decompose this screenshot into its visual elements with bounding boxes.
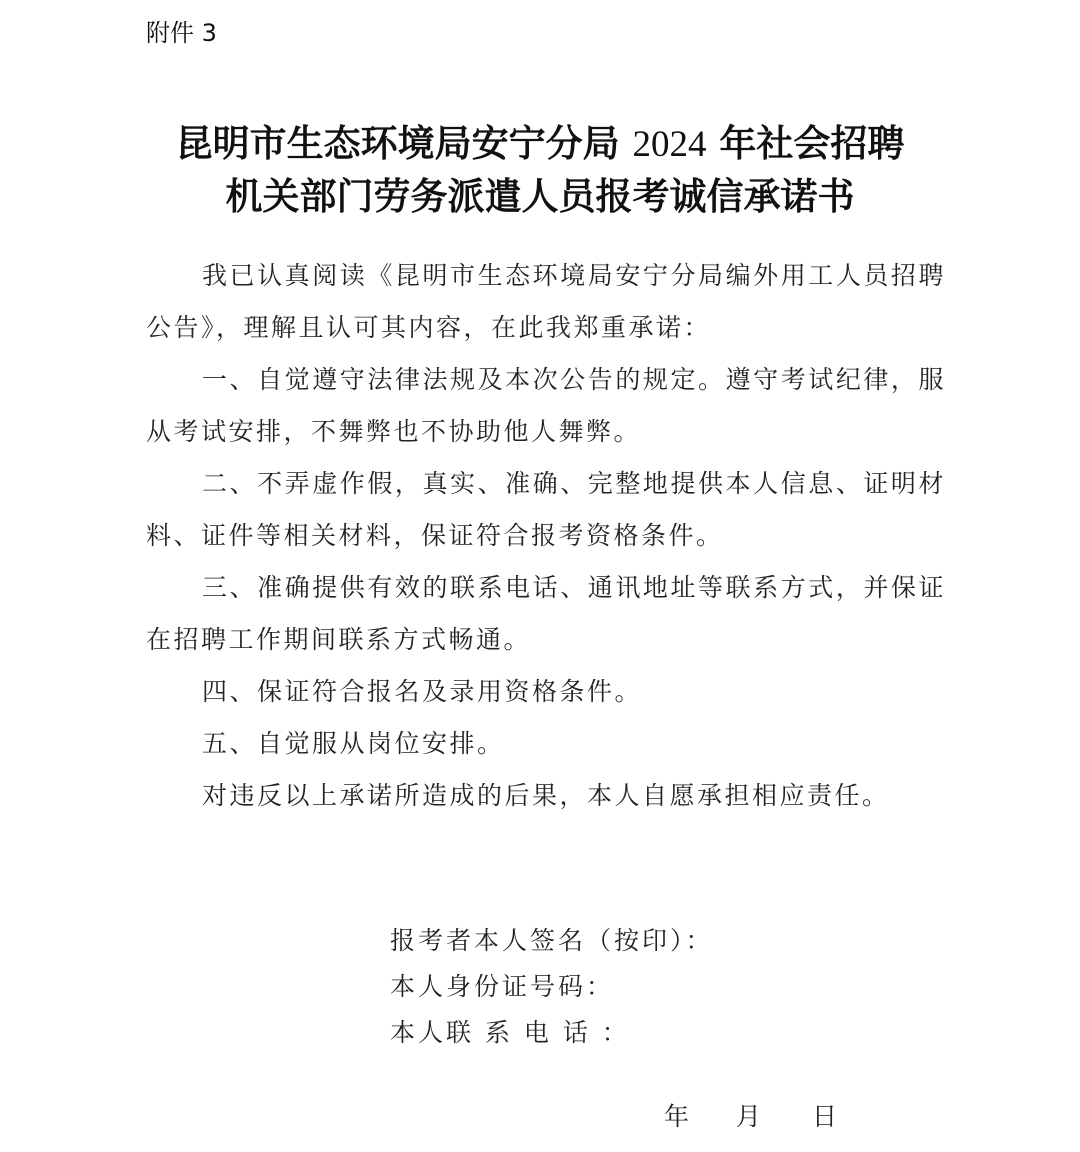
date-day-label: 日	[812, 1094, 837, 1140]
signature-block: 报考者本人签名（按印）： 本人身份证号码： 本人联 系 电 话 ：	[390, 918, 714, 1056]
signature-phone-label: 本人联 系 电 话 ：	[390, 1010, 714, 1056]
date-year-label: 年	[664, 1094, 736, 1140]
date-month-label: 月	[736, 1094, 812, 1140]
pledge-item-1: 一、自觉遵守法律法规及本次公告的规定。遵守考试纪律，服从考试安排，不舞弊也不协助…	[146, 354, 946, 458]
attachment-label: 附件 3	[146, 16, 217, 50]
pledge-body: 我已认真阅读《昆明市生态环境局安宁分局编外用工人员招聘公告》，理解且认可其内容，…	[146, 250, 946, 822]
date-line: 年 月 日	[664, 1094, 837, 1140]
pledge-item-5: 五、自觉服从岗位安排。	[146, 718, 946, 770]
title-line-1: 昆明市生态环境局安宁分局 2024 年社会招聘	[0, 118, 1080, 171]
title-line-2: 机关部门劳务派遣人员报考诚信承诺书	[0, 171, 1080, 223]
signature-id-label: 本人身份证号码：	[390, 964, 714, 1010]
liability-statement: 对违反以上承诺所造成的后果，本人自愿承担相应责任。	[146, 770, 946, 822]
signature-name-label: 报考者本人签名（按印）：	[390, 918, 714, 964]
pledge-item-3: 三、准确提供有效的联系电话、通讯地址等联系方式，并保证在招聘工作期间联系方式畅通…	[146, 562, 946, 666]
document-title: 昆明市生态环境局安宁分局 2024 年社会招聘 机关部门劳务派遣人员报考诚信承诺…	[0, 118, 1080, 223]
pledge-item-4: 四、保证符合报名及录用资格条件。	[146, 666, 946, 718]
intro-paragraph: 我已认真阅读《昆明市生态环境局安宁分局编外用工人员招聘公告》，理解且认可其内容，…	[146, 250, 946, 354]
title-year: 2024	[633, 124, 707, 165]
title-line-1-suffix: 年社会招聘	[719, 122, 904, 165]
title-line-1-prefix: 昆明市生态环境局安宁分局	[176, 122, 620, 165]
pledge-item-2: 二、不弄虚作假，真实、准确、完整地提供本人信息、证明材料、证件等相关材料，保证符…	[146, 458, 946, 562]
